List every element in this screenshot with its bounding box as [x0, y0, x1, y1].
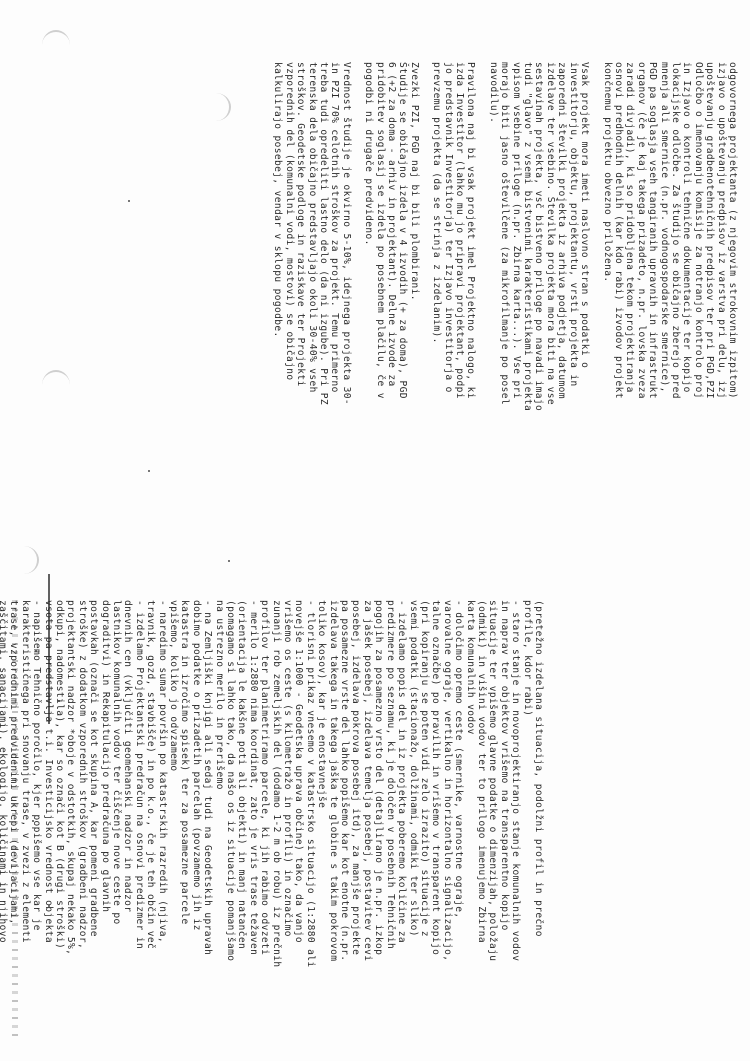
text-line: upoštevanju gradbenotehničnih predpisov …	[704, 62, 715, 411]
text-line: in PZI 70% celotnih stroškov za projekt.…	[329, 62, 340, 411]
text-line: projektantski nadzor *oboje v odstotkih,…	[65, 600, 76, 968]
text-line: toliko kosov), kar je enostavnejše	[316, 600, 327, 968]
text-line: Študije se običajno izdela v 4 izvodih (…	[397, 62, 408, 411]
text-line: stroškov. Geodetske podloge in raziskave…	[295, 62, 306, 411]
text-line: (pomagamo si lahko tako, da našo os iz s…	[225, 600, 236, 968]
text-line: terenska dela običajno predstavljajo oko…	[306, 62, 317, 411]
text-line: končnemu projektu obvezno priložena.	[601, 62, 612, 411]
text-line: - določimo opremo ceste (smernike, varno…	[453, 600, 464, 968]
text-line: organov (če je kaj takega prizadeto, n.p…	[635, 62, 646, 411]
text-line: karta komunalnih vodov	[464, 600, 475, 968]
text-line: PGD pa soglasja vseh tangiranih upravnih…	[647, 62, 658, 411]
text-line: investitorju, objektu, projektantu, vrst…	[567, 62, 578, 411]
text-line: izjavo o upoštevanju predpisov iz varstv…	[715, 62, 726, 411]
punch-hole-mark	[201, 93, 231, 121]
text-line: dobimo podatke o prizadetih parcelah (po…	[190, 600, 201, 968]
text-line: vsota pa predstavlja t.i. Investicijsko …	[42, 600, 53, 968]
text-line: vpisom vsebine priloge (n.pr. Zbirna kar…	[510, 62, 521, 411]
text-line: dograditvi) in Rekapitulacijo predračuna…	[99, 600, 110, 968]
text-line: vsemi podatki (stacionažo, dolžinami, od…	[407, 600, 418, 968]
text-line: za jašek posebej, izdelava temelja poseb…	[362, 600, 373, 968]
text-line: vpišemo, koliko jo odvzamemo	[168, 600, 179, 968]
text-line: pogodbi ni drugače predvideno.	[363, 62, 374, 411]
text-line: morajo biti jasno oštevilčene (za mikrof…	[499, 62, 510, 411]
text-line: izdelava takega in takega jaška te globi…	[327, 600, 338, 968]
text-line: situacije ter vpišemo glavne podatke o d…	[487, 600, 498, 968]
text-line: lastnikov komunalnih vodov ter čiščenje …	[111, 600, 122, 968]
text-line: mnenja ali smernice (n.pr. vodnogospodar…	[658, 62, 669, 411]
text-line: postavkah (označi se kot skupina A, kar …	[88, 600, 99, 968]
text-line: Vsak projekt mora imeti naslovno stran s…	[579, 62, 590, 411]
text-line: - na Zemljiški knjigi ali sedaj tudi na …	[202, 600, 213, 968]
text-line: posebej, izdelava pokrova posebej itd), …	[350, 600, 361, 968]
text-line: - izdelamo Projektantski predračun na os…	[133, 600, 144, 968]
text-line: trase, vzporednimi predvidenimi ukrepi (…	[8, 600, 19, 968]
paragraph: odgovornega projektanta (z njegovim stro…	[601, 62, 738, 411]
text-line: pa posamezne vrste del lahko popišemo ka…	[339, 600, 350, 968]
punch-hole-mark	[42, 30, 70, 60]
punch-hole-mark	[9, 546, 39, 574]
paragraph: Vrednost študije je okvirno 5-10%, idejn…	[272, 62, 352, 411]
text-line: 6 (+2 za doma - arhiv in projektant). De…	[386, 62, 397, 411]
text-line: - napišemo Tehnično poročilo, kjer popiš…	[31, 600, 42, 968]
text-line: Odločbo o imenovanju komisije za notranj…	[692, 62, 703, 411]
text-line: profilov ter planimetriramo parcele, ki …	[259, 600, 270, 968]
text-line: odgovornega projektanta (z njegovim stro…	[727, 62, 738, 411]
text-line: zaporedni številki projekta iz arhiva po…	[556, 62, 567, 411]
text-line: (pretežno izdelana situacija, podolžni p…	[533, 600, 544, 968]
text-line: (orientacija le kakšne poti ali objekti)…	[236, 600, 247, 968]
text-line: in naprav ter objektov vrišemo na transp…	[498, 600, 509, 968]
text-line: - merilo 1:2880 nima koordinat, zato je …	[247, 600, 258, 968]
text-line: (pri kopiranju se poten vidi zelo izrazi…	[419, 600, 430, 968]
text-line: (odmiki) in višini vodov ter to prilogo …	[476, 600, 487, 968]
text-line: kalkulirajo posebej, vendar v sklopu pog…	[272, 62, 283, 411]
text-line: Pravilona naj bi vsak projekt imel Proje…	[465, 62, 476, 411]
left-text-column: odgovornega projektanta (z njegovim stro…	[261, 62, 738, 411]
text-line: na ustrezno merilo in prerišemo	[213, 600, 224, 968]
text-line: - staro stanje in novoprojektiranjo stan…	[510, 600, 521, 968]
text-line: talne označbe) po pravilih in vrišemo v …	[430, 600, 441, 968]
text-line: tudi "glavo" z vsemi bistvenimi karakter…	[522, 62, 533, 411]
text-line: jo predstavnik Investitorja) ter Izjavo …	[442, 62, 453, 411]
text-line: prevzemu projekta (da se strinja z izdel…	[431, 62, 442, 411]
right-text-column: (pretežno izdelana situacija, podolžni p…	[0, 600, 544, 968]
text-line: izda Investitor (lahko mu jo pripravi pr…	[454, 62, 465, 411]
text-line: travnik, gozd, stavbišče) in po k.o., če…	[145, 600, 156, 968]
text-line: - tlorisni prikaz vnesemo v katastrsko s…	[304, 600, 315, 968]
punch-hole-mark	[42, 370, 70, 400]
text-line: karakterističnega pri snovanju trase, v …	[19, 600, 30, 968]
text-line: osnovi predhodnih delnih (kar kdo rabi) …	[613, 62, 624, 411]
text-line: zaradi divjadi), ki so pridobljena tekom…	[624, 62, 635, 411]
paragraph: Vsak projekt mora imeti naslovno stran s…	[487, 62, 590, 411]
text-line: dnevnih cen (vključiti geomehanski nadzo…	[122, 600, 133, 968]
text-line: katastra in izročimo spisek) ter za posa…	[179, 600, 190, 968]
text-line: stroške) z dodatkom vzporednih stroškov …	[76, 600, 87, 968]
text-line: in Izjavo o kontroli tehnične dokumentac…	[681, 62, 692, 411]
text-line: izdelave ter vsebino. Številka projekta …	[545, 62, 556, 411]
text-line: profile, kdor rabi)	[521, 600, 532, 968]
text-line: Zvezki PZI, PGD naj bi bili plombirani.	[408, 62, 419, 411]
text-line: navodilu).	[487, 62, 498, 411]
text-line: zunanji rob zemeljskih del (dodamo 1-2 m…	[270, 600, 281, 968]
text-line: novejše 1:1000 - Geodetska uprava občine…	[293, 600, 304, 968]
text-line: - naredimo sumar površin po katastrskih …	[156, 600, 167, 968]
paragraph: (pretežno izdelana situacija, podolžni p…	[0, 600, 544, 968]
text-line: sestavinah projekta, vsč bistveno prilog…	[533, 62, 544, 411]
text-line: odkupi, nadomestila), kar so označi kot …	[54, 600, 65, 968]
text-line: - izdelamo popis del in iz projekta pobe…	[396, 600, 407, 968]
text-line: Vrednost študije je okvirno 5-10%, idejn…	[340, 62, 351, 411]
text-line: treba tudi opredeliti lastno delo (da ni…	[318, 62, 329, 411]
scanned-document-page: odgovornega projektanta (z njegovim stro…	[0, 0, 750, 1061]
text-line: vzporednih del (komunalni vodi, mostovi)…	[283, 62, 294, 411]
paragraph: Pravilona naj bi vsak projekt imel Proje…	[431, 62, 477, 411]
text-line: predizmere po seznamu, ki je določen v p…	[384, 600, 395, 968]
text-line: pridobitev soglasij se izdela po posebne…	[374, 62, 385, 411]
text-line: lokacijske odločbe. Za študijo se običaj…	[670, 62, 681, 411]
text-line: pogojih za posamezno vrsto del (detajlir…	[373, 600, 384, 968]
paragraph: Zvezki PZI, PGD naj bi bili plombirani.Š…	[363, 62, 420, 411]
text-line: vrišemo os ceste (s kilometražo in profi…	[282, 600, 293, 968]
text-line: zaščitami, sanacijami), ekologijo, količ…	[0, 600, 8, 968]
text-line: varovalne ograje, vertikalno in horizont…	[441, 600, 452, 968]
